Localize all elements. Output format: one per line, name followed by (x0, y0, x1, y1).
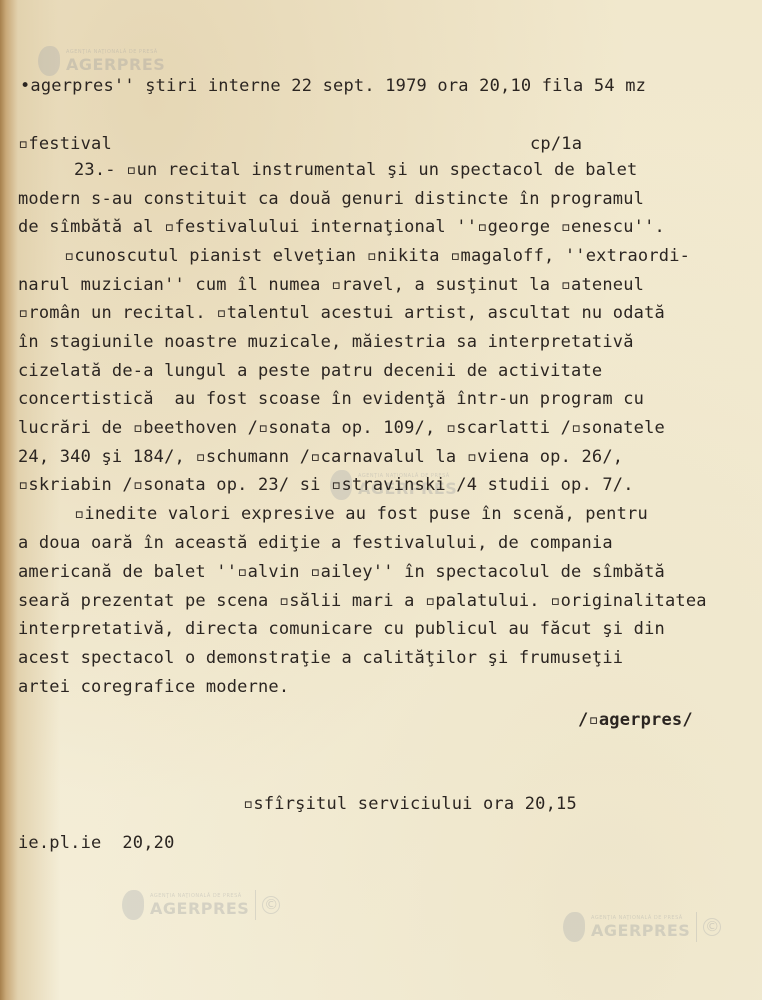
watermark-brand: AGERPRES (66, 55, 165, 74)
watermark-brand: AGERPRES (150, 899, 249, 918)
body-line: lucrări de ▫beethoven /▫sonata op. 109/,… (18, 417, 665, 439)
body-line: artei coregrafice moderne. (18, 676, 289, 698)
body-line: ▫român un recital. ▫talentul acestui art… (18, 302, 665, 324)
copyright-icon: © (262, 896, 280, 914)
copyright-icon: © (703, 918, 721, 936)
watermark-divider (696, 912, 697, 942)
watermark-divider (255, 890, 256, 920)
agerpres-watermark: AGENŢIA NAŢIONALĂ DE PRESĂ AGERPRES (38, 46, 165, 76)
body-line: narul muzician'' cum îl numea ▫ravel, a … (18, 274, 644, 296)
body-line: americană de balet ''▫alvin ▫ailey'' în … (18, 561, 665, 583)
operator-note: ie.pl.ie 20,20 (18, 832, 175, 854)
watermark-brand: AGERPRES (591, 921, 690, 940)
body-line: 23.- ▫un recital instrumental şi un spec… (74, 159, 637, 181)
agerpres-watermark: AGENŢIA NAŢIONALĂ DE PRESĂ AGERPRES © (563, 912, 721, 942)
body-line: ▫inedite valori expresive au fost puse î… (74, 503, 648, 525)
dispatch-header: •agerpres'' ştiri interne 22 sept. 1979 … (20, 75, 646, 97)
body-line: 24, 340 şi 184/, ▫schumann /▫carnavalul … (18, 446, 623, 468)
agerpres-watermark: AGENŢIA NAŢIONALĂ DE PRESĂ AGERPRES © (122, 890, 280, 920)
agency-signature: /▫agerpres/ (578, 709, 693, 731)
agerpres-logo-icon (122, 890, 144, 920)
body-line: cizelată de-a lungul a peste patru decen… (18, 360, 602, 382)
dispatch-slug: ▫festival (18, 133, 112, 155)
body-line: concertistică au fost scoase în evidenţă… (18, 388, 644, 410)
body-line: interpretativă, directa comunicare cu pu… (18, 618, 665, 640)
dispatch-code: cp/1a (530, 133, 582, 155)
body-line: în stagiunile noastre muzicale, măiestri… (18, 331, 634, 353)
body-line: acest spectacol o demonstraţie a calităţ… (18, 647, 623, 669)
agerpres-logo-icon (38, 46, 60, 76)
typewritten-document-page: AGENŢIA NAŢIONALĂ DE PRESĂ AGERPRES AGEN… (0, 0, 762, 1000)
body-line: ▫skriabin /▫sonata op. 23/ si ▫stravinsk… (18, 474, 634, 496)
agerpres-logo-icon (563, 912, 585, 942)
body-line: seară prezentat pe scena ▫sălii mari a ▫… (18, 590, 707, 612)
body-line: a doua oară în această ediţie a festival… (18, 532, 613, 554)
service-closing: ▫sfîrşitul serviciului ora 20,15 (243, 793, 577, 815)
body-line: modern s-au constituit ca două genuri di… (18, 188, 644, 210)
body-line: de sîmbătă al ▫festivalului internaţiona… (18, 216, 665, 238)
body-line: ▫cunoscutul pianist elveţian ▫nikita ▫ma… (64, 245, 690, 267)
